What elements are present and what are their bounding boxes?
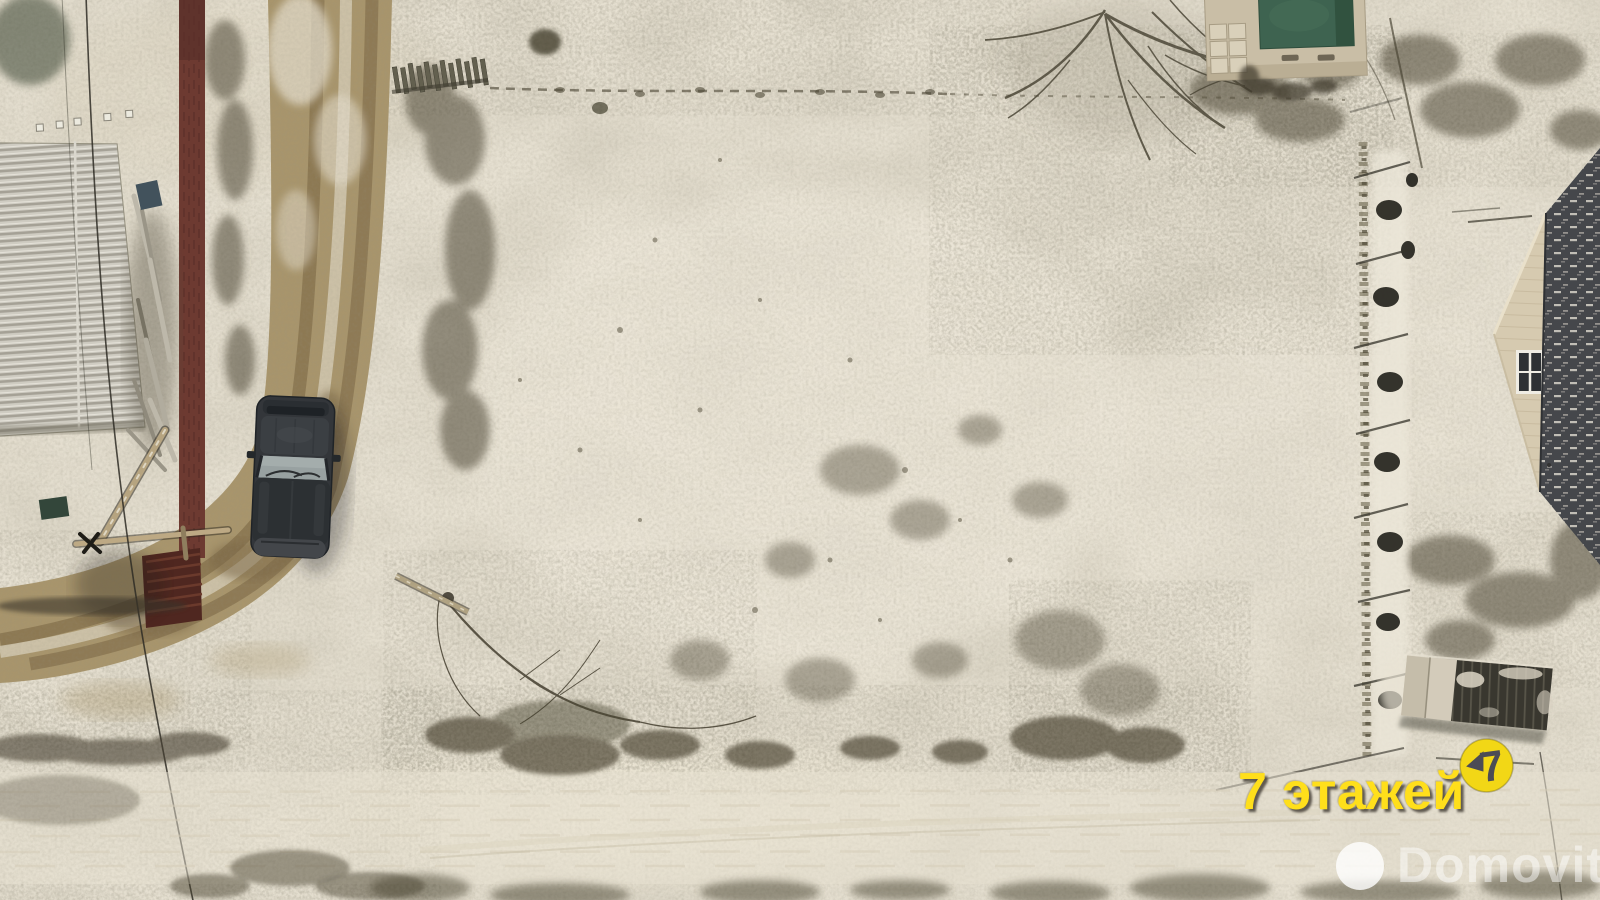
house-window	[1516, 350, 1544, 394]
seven-arrow-logo-icon: 7	[1459, 738, 1514, 793]
house-roof	[1540, 148, 1600, 565]
agency-watermark-label: 7 этажей	[1238, 766, 1465, 818]
aerial-listing-photo: 7 этажей 7 Domovita	[0, 0, 1600, 900]
domovita-dot-logo-icon	[1336, 842, 1384, 890]
portal-watermark-label: Domovita	[1397, 840, 1600, 890]
car	[242, 395, 354, 575]
